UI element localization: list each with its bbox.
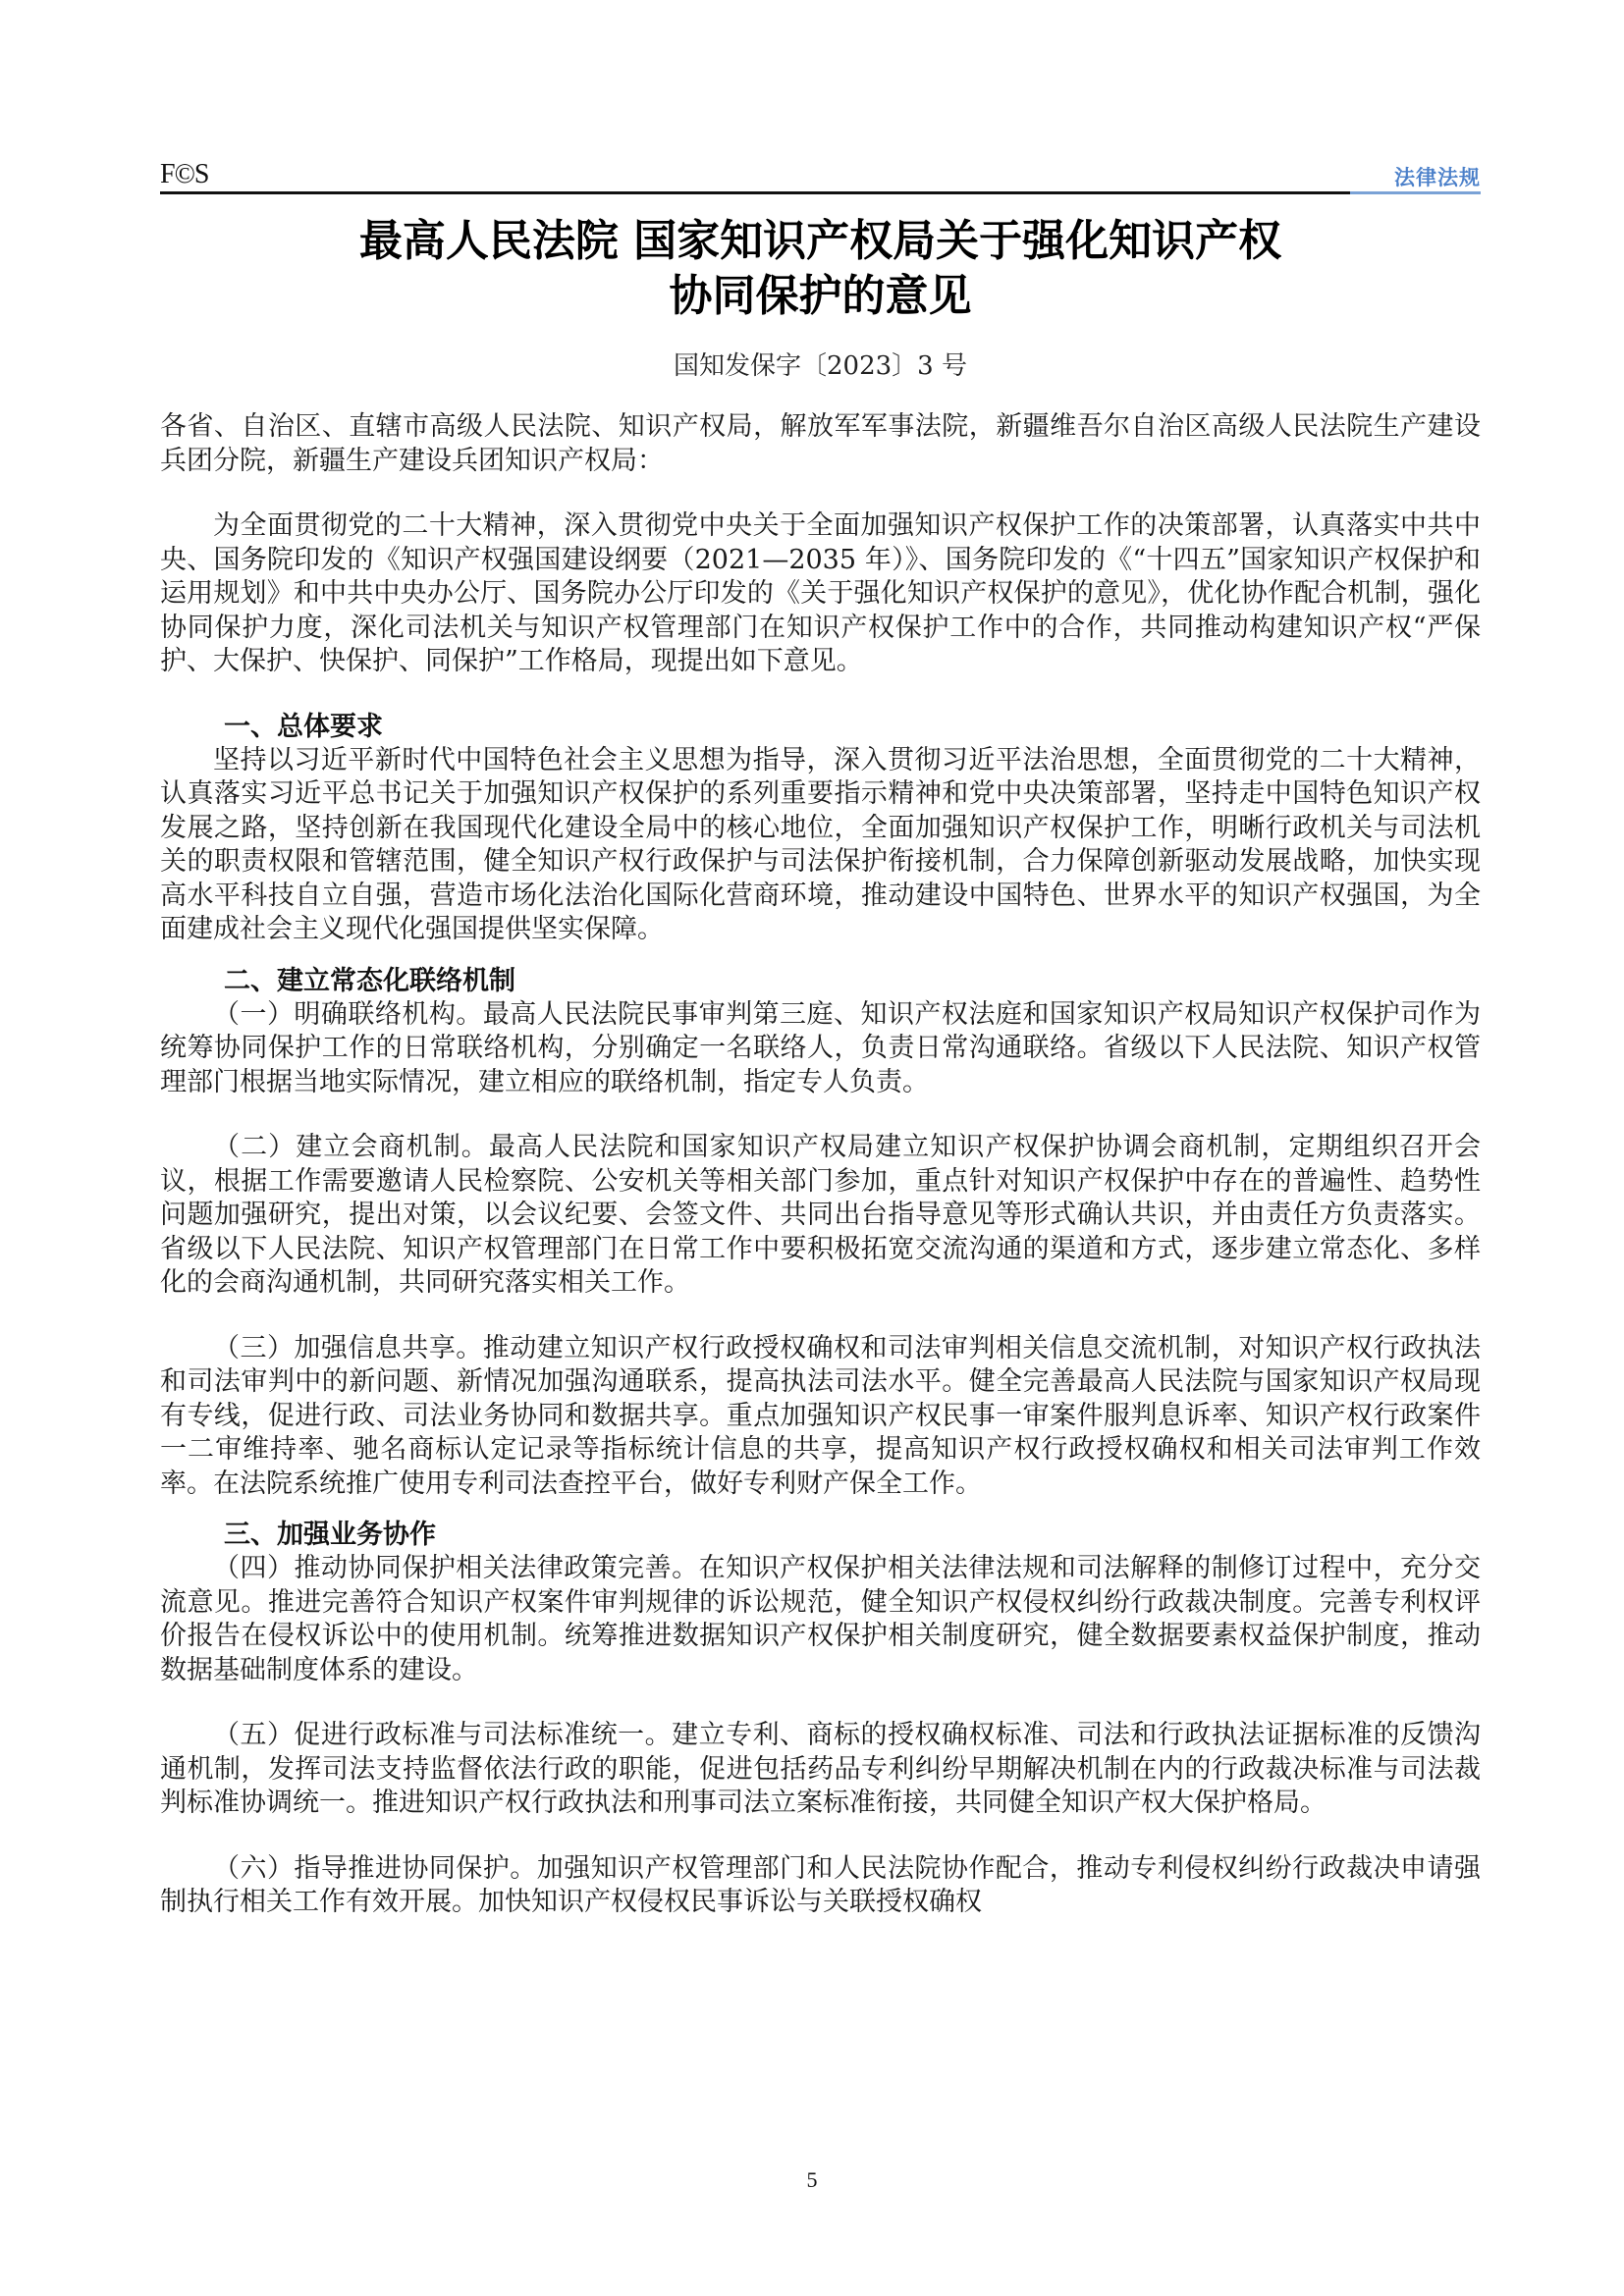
- page-number: 5: [0, 2167, 1624, 2193]
- section-heading-3: 三、加强业务协作: [160, 1519, 1481, 1552]
- document-body: 各省、自治区、直辖市高级人民法院、知识产权局，解放军军事法院，新疆维吾尔自治区高…: [160, 410, 1481, 1920]
- paragraph: （二）建立会商机制。最高人民法院和国家知识产权局建立知识产权保护协调会商机制，定…: [160, 1131, 1481, 1301]
- document-page: F©S 法律法规 最高人民法院 国家知识产权局关于强化知识产权 协同保护的意见 …: [0, 0, 1624, 2296]
- preamble: 为全面贯彻党的二十大精神，深入贯彻党中央关于全面加强知识产权保护工作的决策部署，…: [160, 509, 1481, 679]
- addressee: 各省、自治区、直辖市高级人民法院、知识产权局，解放军军事法院，新疆维吾尔自治区高…: [160, 410, 1481, 478]
- document-number: 国知发保字〔2023〕3 号: [160, 349, 1481, 383]
- header-rule: [160, 191, 1350, 194]
- paragraph: （三）加强信息共享。推动建立知识产权行政授权确权和司法审判相关信息交流机制，对知…: [160, 1332, 1481, 1502]
- paragraph: （六）指导推进协同保护。加强知识产权管理部门和人民法院协作配合，推动专利侵权纠纷…: [160, 1852, 1481, 1920]
- document-title: 最高人民法院 国家知识产权局关于强化知识产权 协同保护的意见: [160, 214, 1481, 324]
- section-label: 法律法规: [1394, 162, 1481, 191]
- title-line-1: 最高人民法院 国家知识产权局关于强化知识产权: [160, 214, 1481, 269]
- paragraph: （一）明确联络机构。最高人民法院民事审判第三庭、知识产权法庭和国家知识产权局知识…: [160, 998, 1481, 1100]
- section-heading-1: 一、总体要求: [160, 711, 1481, 744]
- paragraph: （五）促进行政标准与司法标准统一。建立专利、商标的授权确权标准、司法和行政执法证…: [160, 1719, 1481, 1821]
- section-heading-2: 二、建立常态化联络机制: [160, 965, 1481, 998]
- paragraph: （四）推动协同保护相关法律政策完善。在知识产权保护相关法律法规和司法解释的制修订…: [160, 1552, 1481, 1687]
- title-line-2: 协同保护的意见: [160, 269, 1481, 324]
- paragraph: 坚持以习近平新时代中国特色社会主义思想为指导，深入贯彻习近平法治思想，全面贯彻党…: [160, 744, 1481, 947]
- header-rule-accent: [1350, 191, 1481, 194]
- publisher-logo: F©S: [160, 160, 208, 189]
- page-header: F©S 法律法规: [160, 160, 1481, 193]
